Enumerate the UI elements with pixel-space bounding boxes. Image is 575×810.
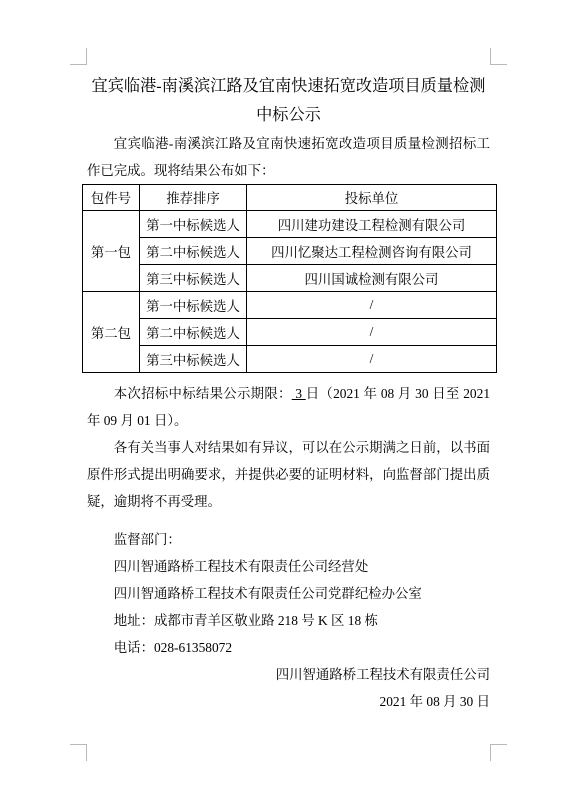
period-prefix: 本次招标中标结果公示期限： [114,386,292,401]
bidder-cell: 四川国诚检测有限公司 [247,265,497,292]
margin-mark-bottom-left-icon [70,744,87,761]
period-days-underlined: 3 [292,386,306,401]
margin-mark-top-right-icon [490,48,507,65]
supervision-label: 监督部门： [87,526,490,553]
bidder-cell: 四川忆聚达工程检测咨询有限公司 [247,238,497,265]
signature-company: 四川智通路桥工程技术有限责任公司 [87,661,490,688]
header-cell-package: 包件号 [83,185,140,211]
table-row: 第二中标候选人 / [83,319,497,346]
supervision-line-phone: 电话：028-61358072 [87,634,490,661]
rank-cell: 第二中标候选人 [140,238,247,265]
bid-results-table: 包件号 推荐排序 投标单位 第一包 第一中标候选人 四川建功建设工程检测有限公司… [82,184,497,373]
document-title: 宜宾临港-南溪滨江路及宜南快速拓宽改造项目质量检测 中标公示 [87,72,490,130]
supervision-line-discipline-office: 四川智通路桥工程技术有限责任公司党群纪检办公室 [87,580,490,607]
table-row: 第一包 第一中标候选人 四川建功建设工程检测有限公司 [83,211,497,238]
table-header-row: 包件号 推荐排序 投标单位 [83,185,497,211]
header-cell-rank: 推荐排序 [140,185,247,211]
rank-cell: 第一中标候选人 [140,292,247,319]
table-row: 第二包 第一中标候选人 / [83,292,497,319]
table-row: 第二中标候选人 四川忆聚达工程检测咨询有限公司 [83,238,497,265]
package-cell: 第二包 [83,292,140,373]
bidder-cell: / [247,292,497,319]
intro-paragraph: 宜宾临港-南溪滨江路及宜南快速拓宽改造项目质量检测招标工作已完成。现将结果公布如… [87,130,490,184]
objection-paragraph: 各有关当事人对结果如有异议，可以在公示期满之日前，以书面原件形式提出明确要求，并… [87,434,490,515]
rank-cell: 第二中标候选人 [140,319,247,346]
header-cell-bidder: 投标单位 [247,185,497,211]
supervision-block: 监督部门： 四川智通路桥工程技术有限责任公司经营处 四川智通路桥工程技术有限责任… [87,526,490,661]
table-row: 第三中标候选人 / [83,346,497,373]
supervision-line-address: 地址：成都市青羊区敬业路 218 号 K 区 18 栋 [87,607,490,634]
supervision-line-office: 四川智通路桥工程技术有限责任公司经营处 [87,553,490,580]
document-content: 宜宾临港-南溪滨江路及宜南快速拓宽改造项目质量检测 中标公示 宜宾临港-南溪滨江… [87,66,490,715]
title-line-1: 宜宾临港-南溪滨江路及宜南快速拓宽改造项目质量检测 [87,72,490,101]
table-row: 第三中标候选人 四川国诚检测有限公司 [83,265,497,292]
bidder-cell: / [247,346,497,373]
signature-date: 2021 年 08 月 30 日 [87,688,490,715]
margin-mark-bottom-right-icon [490,744,507,761]
package-cell: 第一包 [83,211,140,292]
period-paragraph: 本次招标中标结果公示期限： 3 日（2021 年 08 月 30 日至 2021… [87,380,490,434]
rank-cell: 第一中标候选人 [140,211,247,238]
margin-mark-top-left-icon [70,48,87,65]
title-line-2: 中标公示 [87,101,490,130]
rank-cell: 第三中标候选人 [140,346,247,373]
document-page: 宜宾临港-南溪滨江路及宜南快速拓宽改造项目质量检测 中标公示 宜宾临港-南溪滨江… [0,0,575,810]
rank-cell: 第三中标候选人 [140,265,247,292]
bidder-cell: 四川建功建设工程检测有限公司 [247,211,497,238]
bidder-cell: / [247,319,497,346]
